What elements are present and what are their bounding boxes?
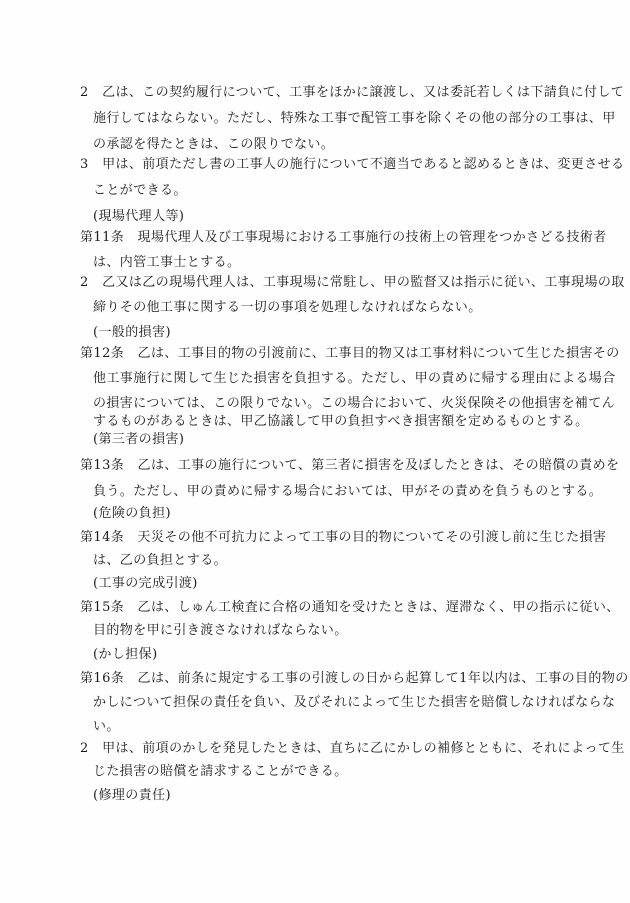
heading-third-party-damage: (第三者の損害) bbox=[93, 432, 184, 448]
clause-10-2-line-2: 施行してはならない。ただし、特殊な工事で配管工事を除くその他の部分の工事は、甲 bbox=[93, 111, 616, 127]
article-16-2-line-1: 2 甲は、前項のかしを発見したときは、直ちに乙にかしの補修とともに、それによって… bbox=[80, 741, 625, 757]
heading-defect-warranty: (かし担保) bbox=[93, 647, 158, 663]
article-14-line-2: は、乙の負担とする。 bbox=[93, 553, 227, 569]
clause-10-2-line-3: の承認を得たときは、この限りでない。 bbox=[93, 137, 334, 153]
article-15-line-1: 第15条 乙は、しゅん工検査に合格の通知を受けたときは、遅滞なく、甲の指示に従い… bbox=[80, 600, 620, 616]
document-page: 2 乙は、この契約履行について、工事をほかに譲渡し、又は委託若しくは下請負に付し… bbox=[0, 0, 630, 903]
clause-10-3-line-1: 3 甲は、前項ただし書の工事人の施行について不適当であると認めるときは、変更させ… bbox=[80, 157, 624, 173]
article-12-line-1: 第12条 乙は、工事目的物の引渡前に、工事目的物又は工事材料について生じた損害そ… bbox=[80, 346, 620, 362]
clause-10-3-line-2: ことができる。 bbox=[93, 183, 187, 199]
article-16-line-1: 第16条 乙は、前条に規定する工事の引渡しの日から起算して1年以内は、工事の目的… bbox=[80, 671, 629, 687]
article-14-line-1: 第14条 天災その他不可抗力によって工事の目的物についてその引渡し前に生じた損害 bbox=[80, 530, 606, 546]
article-11-line-2: は、内管工事士とする。 bbox=[93, 255, 240, 271]
clause-10-2-line-1: 2 乙は、この契約履行について、工事をほかに譲渡し、又は委託若しくは下請負に付し… bbox=[80, 85, 624, 101]
article-16-line-3: い。 bbox=[93, 719, 120, 735]
heading-site-agent: (現場代理人等) bbox=[93, 209, 184, 225]
article-12-line-3: の損害については、この限りでない。この場合において、火災保険その他損害を補てん bbox=[93, 396, 615, 412]
heading-repair-responsibility: (修理の責任) bbox=[93, 788, 171, 804]
article-11-2-line-1: 2 乙又は乙の現場代理人は、工事現場に常駐し、甲の監督又は指示に従い、工事現場の… bbox=[80, 275, 625, 291]
article-11-2-line-2: 締りその他工事に関する一切の事項を処理しなければならない。 bbox=[93, 300, 482, 316]
article-12-line-2: 他工事施行に関して生じた損害を負担する。ただし、甲の責めに帰する理由による場合 bbox=[93, 371, 616, 387]
article-16-2-line-2: じた損害の賠償を請求することができる。 bbox=[93, 764, 348, 780]
article-11-line-1: 第11条 現場代理人及び工事現場における工事施行の技術上の管理をつかさどる技術者 bbox=[80, 230, 607, 246]
article-12-line-4: するものがあるときは、甲乙協議して甲の負担すべき損害額を定めるものとする。 bbox=[93, 414, 589, 430]
heading-risk-burden: (危険の負担) bbox=[93, 506, 171, 522]
article-16-line-2: かしについて担保の責任を負い、及びそれによって生じた損害を賠償しなければならな bbox=[93, 695, 615, 711]
article-15-line-2: 目的物を甲に引き渡さなければならない。 bbox=[93, 623, 348, 639]
heading-completion-delivery: (工事の完成引渡) bbox=[93, 576, 198, 592]
article-13-line-2: 負う。ただし、甲の責めに帰する場合においては、甲がその責めを負うものとする。 bbox=[93, 484, 602, 500]
heading-general-damage: (一般的損害) bbox=[93, 325, 171, 341]
article-13-line-1: 第13条 乙は、工事の施行について、第三者に損害を及ぼしたときは、その賠償の責め… bbox=[80, 458, 619, 474]
